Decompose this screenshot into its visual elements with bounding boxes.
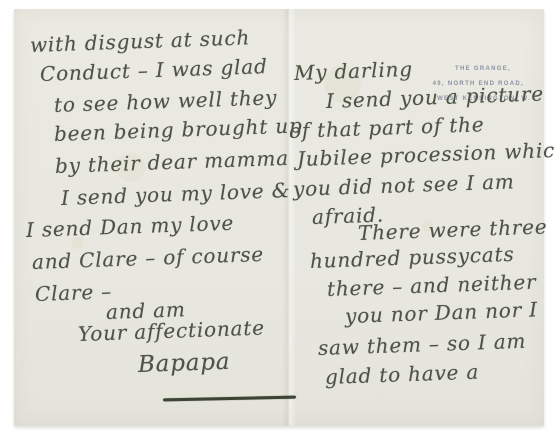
handwritten-line: I send you a picture: [326, 81, 545, 113]
handwritten-line: Jubilee procession which: [297, 138, 555, 171]
handwritten-line: hundred pussycats: [310, 242, 515, 273]
handwritten-line: of that part of the: [289, 112, 485, 143]
handwritten-line: Clare –: [35, 279, 113, 306]
letter-paper: THE GRANGE, 49, NORTH END ROAD, WEST KEN…: [14, 9, 544, 426]
letter-photograph: THE GRANGE, 49, NORTH END ROAD, WEST KEN…: [0, 0, 555, 438]
letterhead-line: THE GRANGE,: [433, 62, 531, 77]
handwritten-line: I send Dan my love: [26, 211, 235, 242]
handwritten-line: I send you my love &: [61, 178, 291, 210]
handwritten-line: Conduct – I was glad: [40, 54, 268, 86]
handwritten-line: There were three: [358, 214, 548, 245]
handwritten-line: by their dear mamma: [55, 146, 290, 178]
handwritten-line: glad to have a: [325, 360, 480, 389]
handwritten-line: you did not see I am: [293, 169, 515, 201]
handwritten-line: there – and neither: [327, 270, 537, 301]
closing-line: Your affectionate: [78, 315, 266, 346]
handwritten-line: to see how well they: [54, 85, 278, 117]
salutation-line: My darling: [294, 57, 414, 85]
handwritten-line: you nor Dan nor I: [345, 297, 539, 328]
handwritten-line: with disgust at such: [30, 25, 251, 57]
handwritten-line: saw them – so I am: [318, 329, 527, 360]
signature: Bapapa: [138, 349, 231, 378]
handwritten-line: been being brought up: [54, 113, 303, 146]
signature-underline: [163, 396, 296, 402]
handwritten-line: and Clare – of course: [32, 242, 265, 274]
